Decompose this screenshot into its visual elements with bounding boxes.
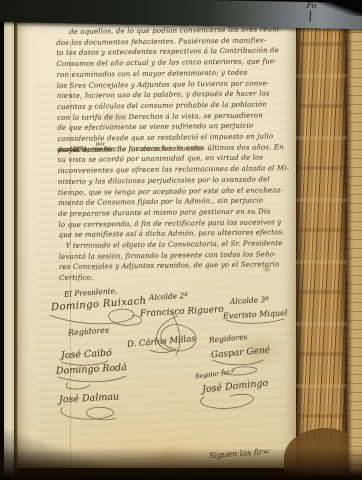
photo-of-manuscript: de aquellos, de lo que podían convencers… [0,0,362,480]
gutter-shadow [14,16,18,480]
photo-corner-shadow [316,0,362,16]
ruled-page-strip [347,14,362,480]
bottom-shadow [0,448,362,480]
manuscript-text-block: de aquellos, de lo que podían convencers… [56,24,302,284]
book-page-edges-streaks [296,16,347,480]
table-chalk-mark: Fo [300,0,322,25]
